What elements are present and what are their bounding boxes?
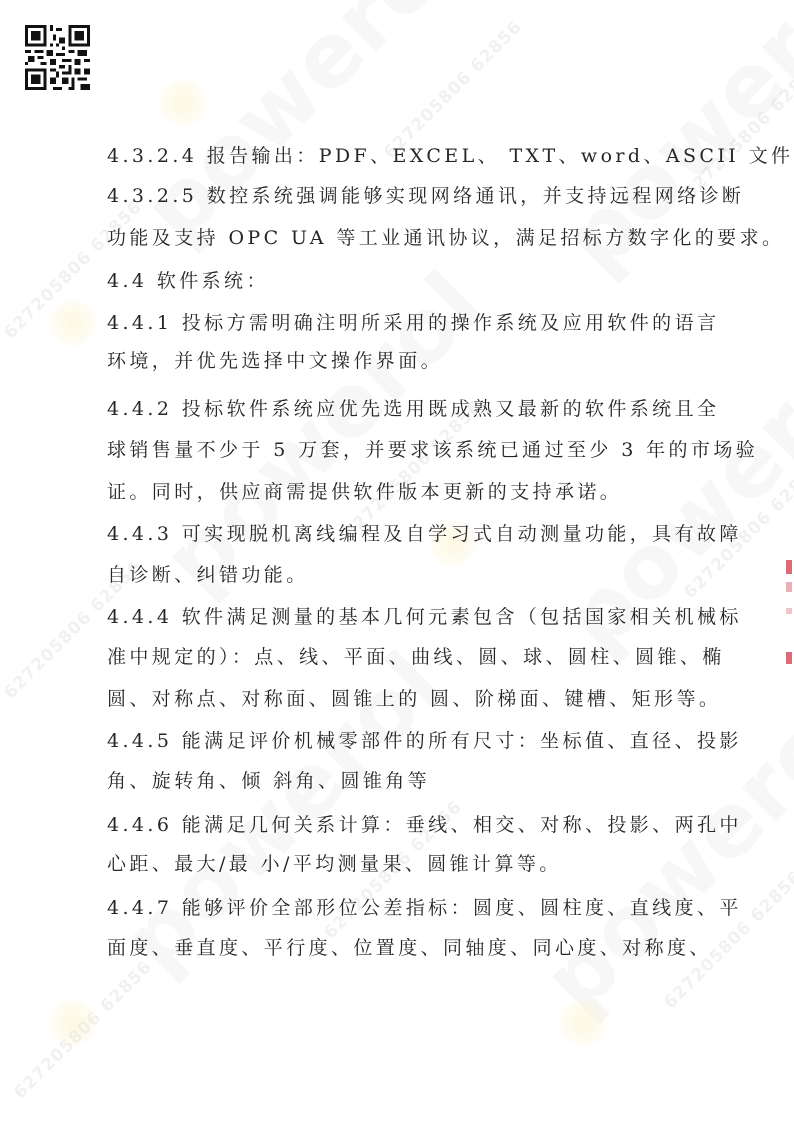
watermark-small-text: 627205806 62856 xyxy=(380,17,526,163)
watermark-text: powerol xyxy=(523,672,794,1032)
text-line: 环境，并优先选择中文操作界面。 xyxy=(107,349,443,373)
text-line: 4.4.5 能满足评价机械零部件的所有尺寸：坐标值、直径、投影 xyxy=(107,729,742,753)
text-line: 功能及支持 OPC UA 等工业通讯协议，满足招标方数字化的要求。 xyxy=(107,226,784,250)
text-line: 心距、最大/最 小/平均测量果、圆锥计算等。 xyxy=(107,852,562,876)
text-line: 4.4.7 能够评价全部形位公差指标：圆度、圆柱度、直线度、平 xyxy=(107,896,742,920)
text-line: 圆、对称点、对称面、圆锥上的 圆、阶梯面、键槽、矩形等。 xyxy=(107,687,721,711)
text-line: 4.4.1 投标方需明确注明所采用的操作系统及应用软件的语言 xyxy=(107,311,719,335)
text-line: 球销售量不少于 5 万套，并要求该系统已通过至少 3 年的市场验 xyxy=(107,438,758,462)
text-line: 4.3.2.5 数控系统强调能够实现网络通讯，并支持远程网络诊断 xyxy=(107,184,744,208)
watermark-logo-icon xyxy=(560,1000,606,1046)
text-line: 准中规定的）：点、线、平面、曲线、圆、球、圆柱、圆锥、椭 xyxy=(107,645,725,669)
watermark-text: powerol xyxy=(123,0,483,261)
seal-stamp-edge xyxy=(784,560,794,670)
watermark-small-text: 627205806 62856 xyxy=(680,57,794,203)
text-line: 角、旋转角、倾 斜角、圆锥角等 xyxy=(107,769,430,793)
text-line: 4.4.6 能满足几何关系计算：垂线、相交、对称、投影、两孔中 xyxy=(107,813,742,837)
watermark-small-text: 627205806 62856 xyxy=(10,957,156,1103)
section-heading: 4.4 软件系统： xyxy=(107,269,269,293)
watermark-logo-icon xyxy=(50,1000,96,1046)
text-line: 自诊断、纠错功能。 xyxy=(107,563,309,587)
watermark-text: powerol xyxy=(143,252,503,612)
text-line: 4.3.2.4 报告输出：PDF、EXCEL、 TXT、word、ASCII 文… xyxy=(107,144,794,168)
text-line: 面度、垂直度、平行度、位置度、同轴度、同心度、对称度、 xyxy=(107,936,712,960)
text-line: 4.4.2 投标软件系统应优先选用既成熟又最新的软件系统且全 xyxy=(107,397,719,421)
watermark-logo-icon xyxy=(50,300,96,346)
watermark-logo-icon xyxy=(160,80,206,126)
qr-code-icon xyxy=(25,25,90,90)
text-line: 证。同时，供应商需提供软件版本更新的支持承诺。 xyxy=(107,480,622,504)
text-line: 4.4.4 软件满足测量的基本几何元素包含（包括国家相关机械标 xyxy=(107,605,742,629)
document-page: powerol powerol powerol powerol powerol … xyxy=(0,0,794,1123)
text-line: 4.4.3 可实现脱机离线编程及自学习式自动测量功能，具有故障 xyxy=(107,522,742,546)
